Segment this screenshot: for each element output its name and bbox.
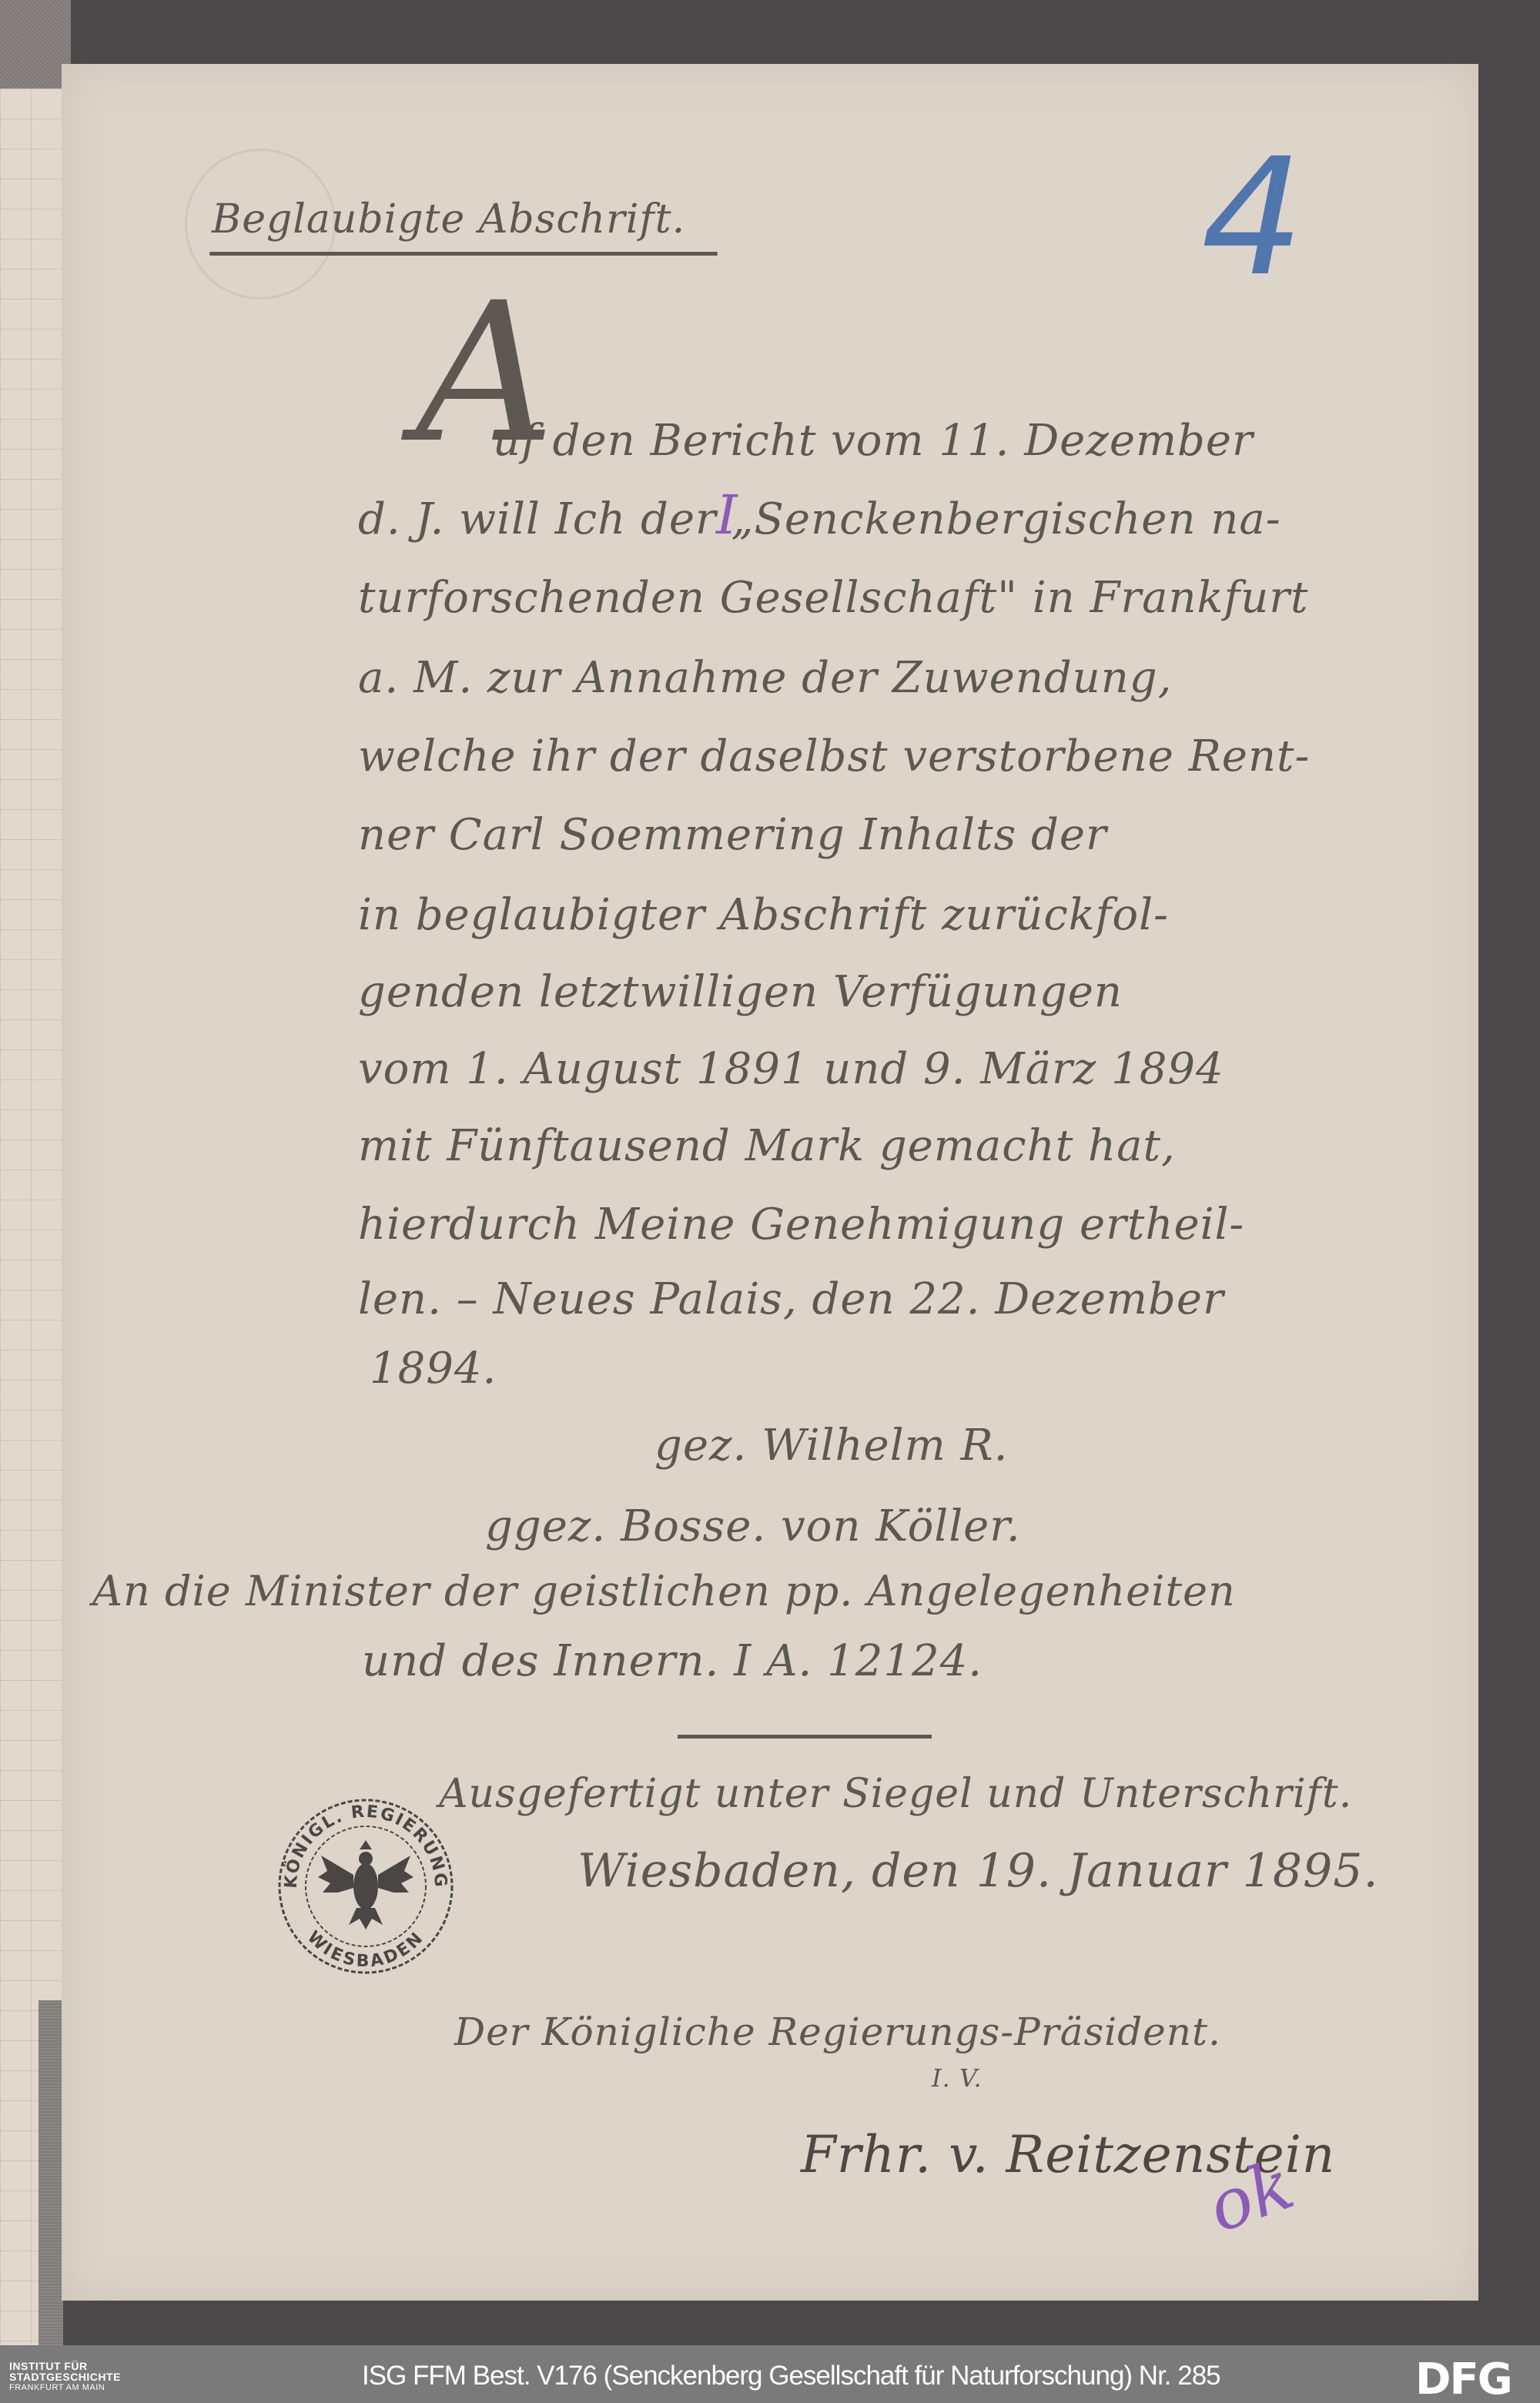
isg-logo: INSTITUT FÜR STADTGESCHICHTE FRANKFURT A… xyxy=(9,2361,121,2393)
body-line: genden letztwilligen Verfügungen xyxy=(358,967,1123,1017)
inserted-mark: I xyxy=(716,484,738,547)
isg-logo-line3: FRANKFURT AM MAIN xyxy=(9,2382,121,2393)
in-vertretung-mark: I. V. xyxy=(932,2063,983,2093)
body-line: welche ihr der daselbst verstorbene Rent… xyxy=(358,731,1310,781)
title-underline xyxy=(209,252,718,256)
cloth-binding xyxy=(38,2000,63,2345)
body-line: mit Fünftausend Mark gemacht hat, xyxy=(358,1121,1176,1171)
cloth-corner xyxy=(0,0,71,89)
body-line: 1894. xyxy=(370,1344,497,1394)
royal-signature: gez. Wilhelm R. xyxy=(654,1421,1008,1471)
prussian-eagle-seal-icon: KÖNIGL. REGIERUNG WIESBADEN xyxy=(273,1794,458,1979)
archive-footer-bar: INSTITUT FÜR STADTGESCHICHTE FRANKFURT A… xyxy=(0,2345,1540,2403)
folio-number: 4 xyxy=(1201,123,1304,312)
body-line: vom 1. August 1891 und 9. März 1894 xyxy=(358,1044,1224,1094)
svg-text:WIESBADEN: WIESBADEN xyxy=(303,1927,428,1971)
archive-caption: ISG FFM Best. V176 (Senckenberg Gesellsc… xyxy=(362,2361,1220,2391)
dfg-logo: DFG xyxy=(1415,2354,1512,2403)
place-date-line: Wiesbaden, den 19. Januar 1895. xyxy=(577,1844,1379,1898)
body-line: hierdurch Meine Genehmigung ertheil- xyxy=(358,1200,1244,1250)
addressee-line: An die Minister der geistlichen pp. Ange… xyxy=(92,1567,1236,1615)
body-line: in beglaubigter Abschrift zurückfol- xyxy=(358,890,1169,940)
body-line: d. J. will Ich der „Senckenbergischen na… xyxy=(358,494,1281,544)
isg-logo-line2: STADTGESCHICHTE xyxy=(9,2371,121,2382)
body-line: ner Carl Soemmering Inhalts der xyxy=(358,810,1107,860)
body-line: len. – Neues Palais, den 22. Dezember xyxy=(358,1274,1224,1324)
official-seal: KÖNIGL. REGIERUNG WIESBADEN xyxy=(273,1794,458,1979)
body-line: uf den Bericht vom 11. Dezember xyxy=(493,416,1254,466)
office-title: Der Königliche Regierungs-Präsident. xyxy=(454,2010,1221,2054)
document-title: Beglaubigte Abschrift. xyxy=(212,196,685,243)
addressee-line: und des Innern. I A. 12124. xyxy=(362,1636,983,1686)
body-line: turforschenden Gesellschaft" in Frankfur… xyxy=(358,573,1309,623)
isg-logo-line1: INSTITUT FÜR xyxy=(9,2361,121,2371)
certification-line: Ausgefertigt unter Siegel und Unterschri… xyxy=(439,1771,1352,1817)
separator-rule xyxy=(678,1735,932,1739)
ministers-signatures: ggez. Bosse. von Köller. xyxy=(485,1501,1021,1551)
body-line: a. M. zur Annahme der Zuwendung, xyxy=(358,653,1172,703)
